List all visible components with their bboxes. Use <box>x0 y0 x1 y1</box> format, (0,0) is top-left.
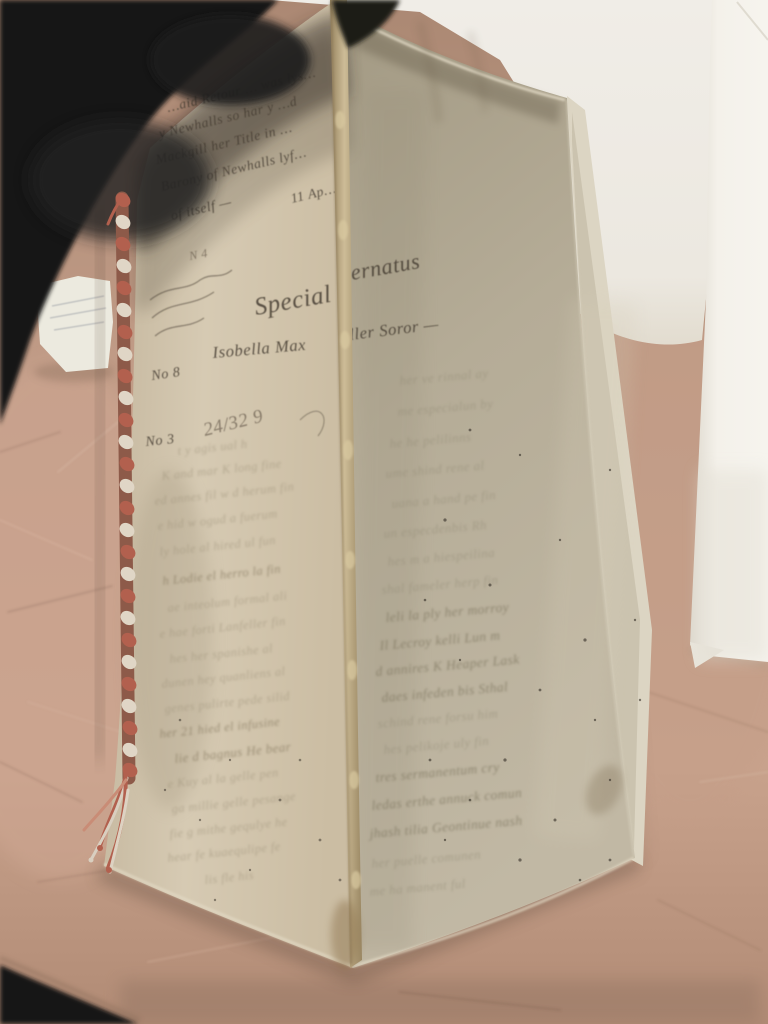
photo-of-vellum-document: her ve rinnal ay me especialun by he he … <box>0 0 768 1024</box>
spine-bottom-stain <box>331 900 359 970</box>
file-number-no3: No 3 <box>144 432 176 450</box>
